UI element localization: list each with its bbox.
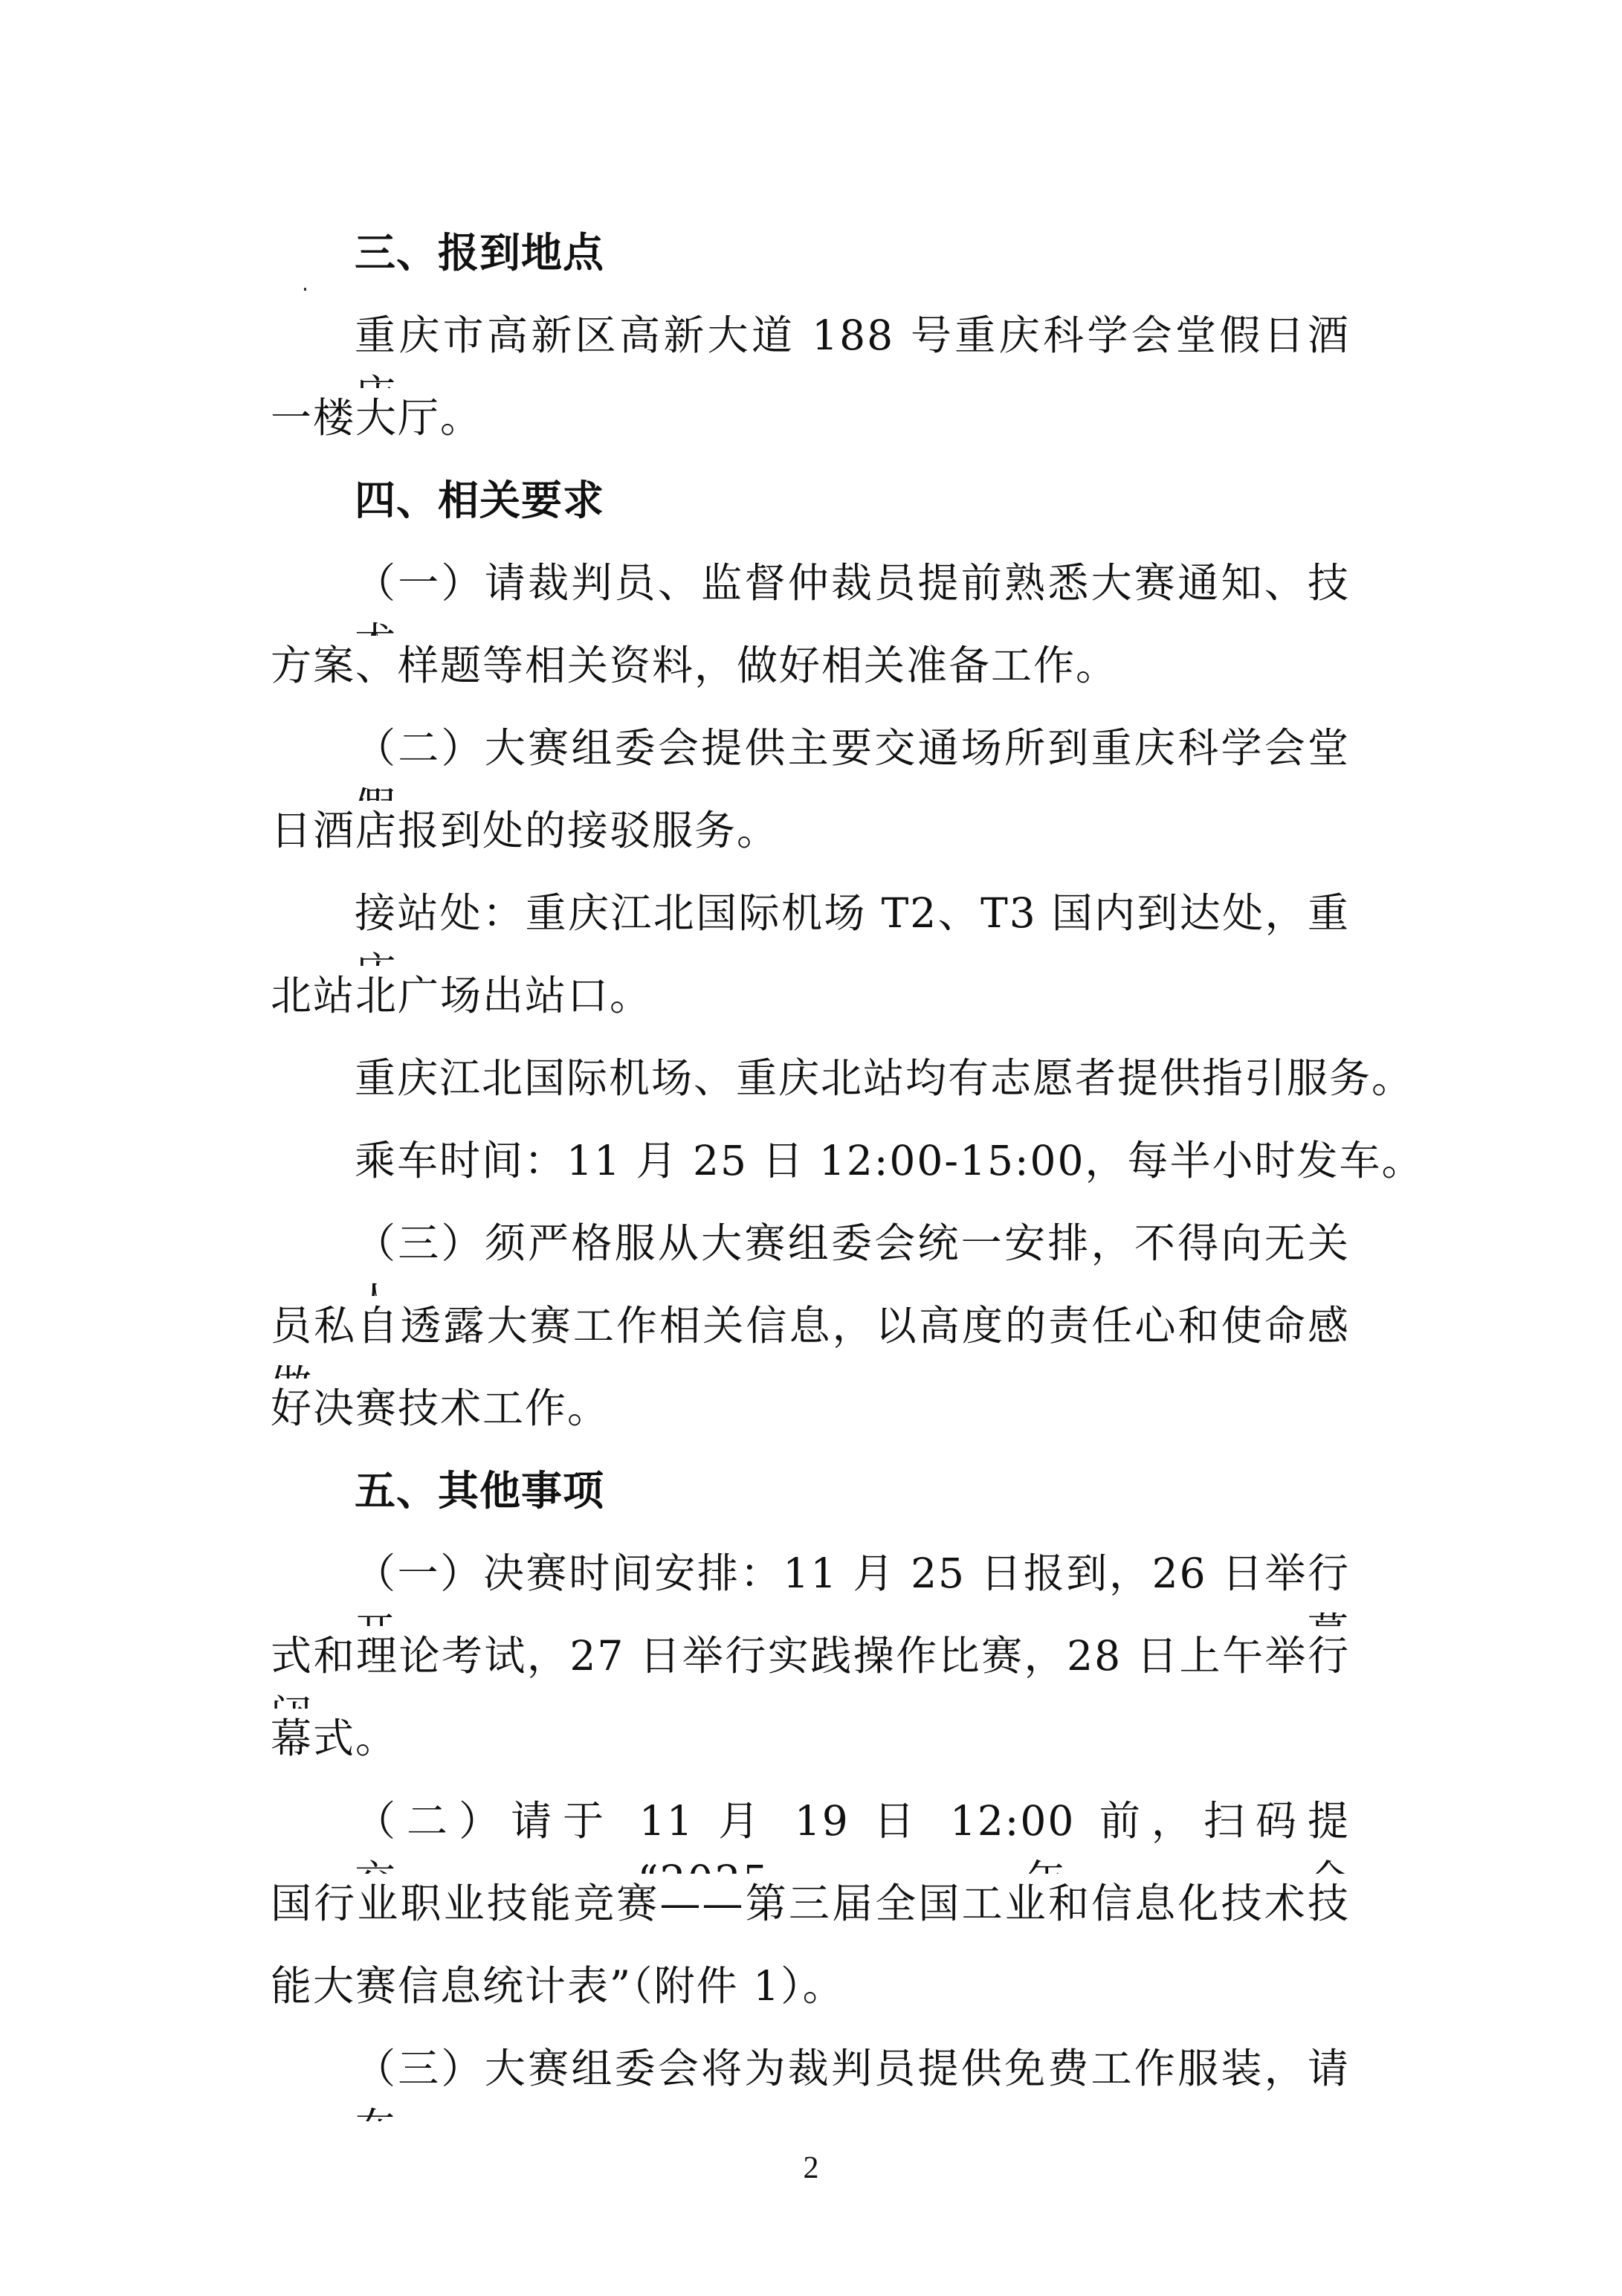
paragraph-line: 方案、样题等相关资料，做好相关准备工作。	[271, 636, 1350, 718]
document-body: 三、报到地点 重庆市高新区高新大道 188 号重庆科学会堂假日酒店 一楼大厅。 …	[271, 223, 1350, 2121]
paragraph-line: 乘车时间：11 月 25 日 12:00-15:00，每半小时发车。	[271, 1131, 1350, 1213]
paragraph-line: 国行业职业技能竞赛——第三届全国工业和信息化技术技	[271, 1874, 1350, 1956]
paragraph-line: 接站处：重庆江北国际机场 T2、T3 国内到达处，重庆	[271, 883, 1350, 966]
paragraph-line: 重庆市高新区高新大道 188 号重庆科学会堂假日酒店	[271, 306, 1350, 388]
paragraph-line: 式和理论考试，27 日举行实践操作比赛，28 日上午举行闭	[271, 1626, 1350, 1709]
paragraph-line: 员私自透露大赛工作相关信息，以高度的责任心和使命感做	[271, 1296, 1350, 1378]
paragraph-line: 一楼大厅。	[271, 388, 1350, 471]
section-heading-requirements: 四、相关要求	[271, 471, 1350, 553]
page-number: 2	[0, 2150, 1622, 2186]
section-heading-other-matters: 五、其他事项	[271, 1461, 1350, 1544]
document-page: 三、报到地点 重庆市高新区高新大道 188 号重庆科学会堂假日酒店 一楼大厅。 …	[0, 0, 1622, 2296]
paragraph-line: （二）请于 11 月 19 日 12:00 前，扫码提交“2025 年全	[271, 1791, 1350, 1874]
paragraph-line: 好决赛技术工作。	[271, 1378, 1350, 1461]
paragraph-line: （一）决赛时间安排：11 月 25 日报到，26 日举行开幕	[271, 1544, 1350, 1626]
section-heading-registration-location: 三、报到地点	[271, 223, 1350, 306]
paragraph-line: （一）请裁判员、监督仲裁员提前熟悉大赛通知、技术	[271, 553, 1350, 636]
paragraph-line: 北站北广场出站口。	[271, 966, 1350, 1048]
paragraph-line: （二）大赛组委会提供主要交通场所到重庆科学会堂假	[271, 718, 1350, 801]
paragraph-line: （三）大赛组委会将为裁判员提供免费工作服装，请在	[271, 2039, 1350, 2121]
paragraph-line: （三）须严格服从大赛组委会统一安排，不得向无关人	[271, 1213, 1350, 1296]
paragraph-line: 能大赛信息统计表”（附件 1）。	[271, 1956, 1350, 2039]
paragraph-line: 日酒店报到处的接驳服务。	[271, 801, 1350, 883]
paragraph-line: 幕式。	[271, 1709, 1350, 1791]
paragraph-line: 重庆江北国际机场、重庆北站均有志愿者提供指引服务。	[271, 1048, 1350, 1131]
